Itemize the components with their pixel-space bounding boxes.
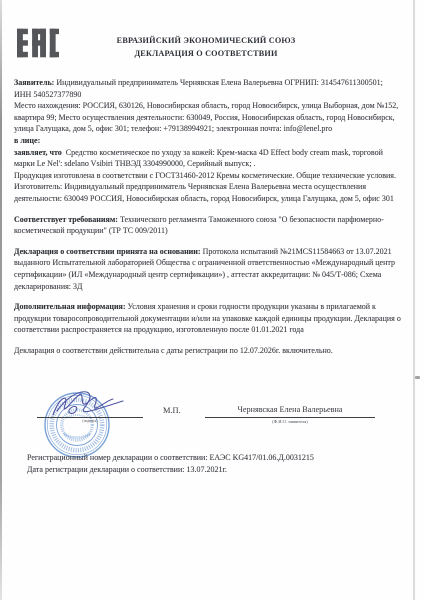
signer-name: Чернявская Елена Валерьевна (205, 405, 375, 414)
document-header: ЕВРАЗИЙСКИЙ ЭКОНОМИЧЕСКИЙ СОЮЗ ДЕКЛАРАЦИ… (60, 34, 352, 60)
complies-label: Соответствует требованиям: (14, 215, 118, 224)
basis-paragraph: Декларация о соответствии принята на осн… (14, 246, 402, 292)
signature-caption: (подпись) (68, 419, 113, 423)
signature-line (37, 417, 143, 418)
signer-name-line (205, 417, 375, 418)
signer-name-caption: (Ф.И.О. заявителя) (243, 419, 337, 424)
basis-label: Декларация о соответствии принята на осн… (14, 247, 201, 256)
header-union-title: ЕВРАЗИЙСКИЙ ЭКОНОМИЧЕСКИЙ СОЮЗ (60, 34, 352, 47)
product-made-paragraph: Продукция изготовлена в соответствии с Г… (14, 170, 402, 182)
document-body: Заявитель: Индивидуальный предпринимател… (14, 77, 402, 356)
registration-date-label: Дата регистрации декларации о соответств… (27, 465, 184, 474)
applicant-label: Заявитель: (14, 78, 54, 87)
declares-paragraph: заявляет, что Средство косметическое по … (14, 147, 402, 170)
registration-info: Регистрационный номер декларации о соотв… (27, 452, 314, 476)
additional-info-paragraph: Дополнительная информация: Условия хране… (14, 301, 402, 336)
declares-label: заявляет, что (14, 148, 62, 157)
registration-number-line: Регистрационный номер декларации о соотв… (27, 452, 314, 464)
scan-edge-right (413, 0, 415, 600)
eac-logo (17, 26, 59, 60)
mp-seal-label: М.П. (163, 406, 181, 415)
scan-edge-left (0, 0, 2, 600)
scan-speck (415, 376, 420, 379)
manufacturer-paragraph: Изготовитель: Индивидуальный предпринима… (14, 181, 402, 204)
declaration-document: ЕВРАЗИЙСКИЙ ЭКОНОМИЧЕСКИЙ СОЮЗ ДЕКЛАРАЦИ… (0, 0, 424, 600)
address-paragraph: Место нахождения: РОССИЯ, 630126, Новоси… (14, 100, 402, 135)
registration-date-line: Дата регистрации декларации о соответств… (27, 464, 314, 476)
declares-text: Средство косметическое по уходу за кожей… (14, 148, 383, 169)
in-person-label: в лице: (14, 135, 402, 147)
validity-paragraph: Декларация о соответствии действительна … (14, 345, 402, 357)
header-doc-title: ДЕКЛАРАЦИЯ О СООТВЕТСТВИИ (60, 47, 352, 60)
registration-number-label: Регистрационный номер декларации о соотв… (27, 453, 208, 462)
applicant-paragraph: Заявитель: Индивидуальный предпринимател… (14, 77, 402, 100)
in-person-bold: в лице: (14, 136, 40, 145)
registration-date-value: 13.07.2021г. (186, 465, 226, 474)
additional-info-label: Дополнительная информация: (14, 302, 126, 311)
complies-paragraph: Соответствует требованиям: Технического … (14, 214, 402, 237)
applicant-text: Индивидуальный предприниматель Чернявска… (14, 78, 383, 99)
registration-number-value: ЕАЭС KG417/01.06.Д.0031215 (210, 453, 314, 462)
